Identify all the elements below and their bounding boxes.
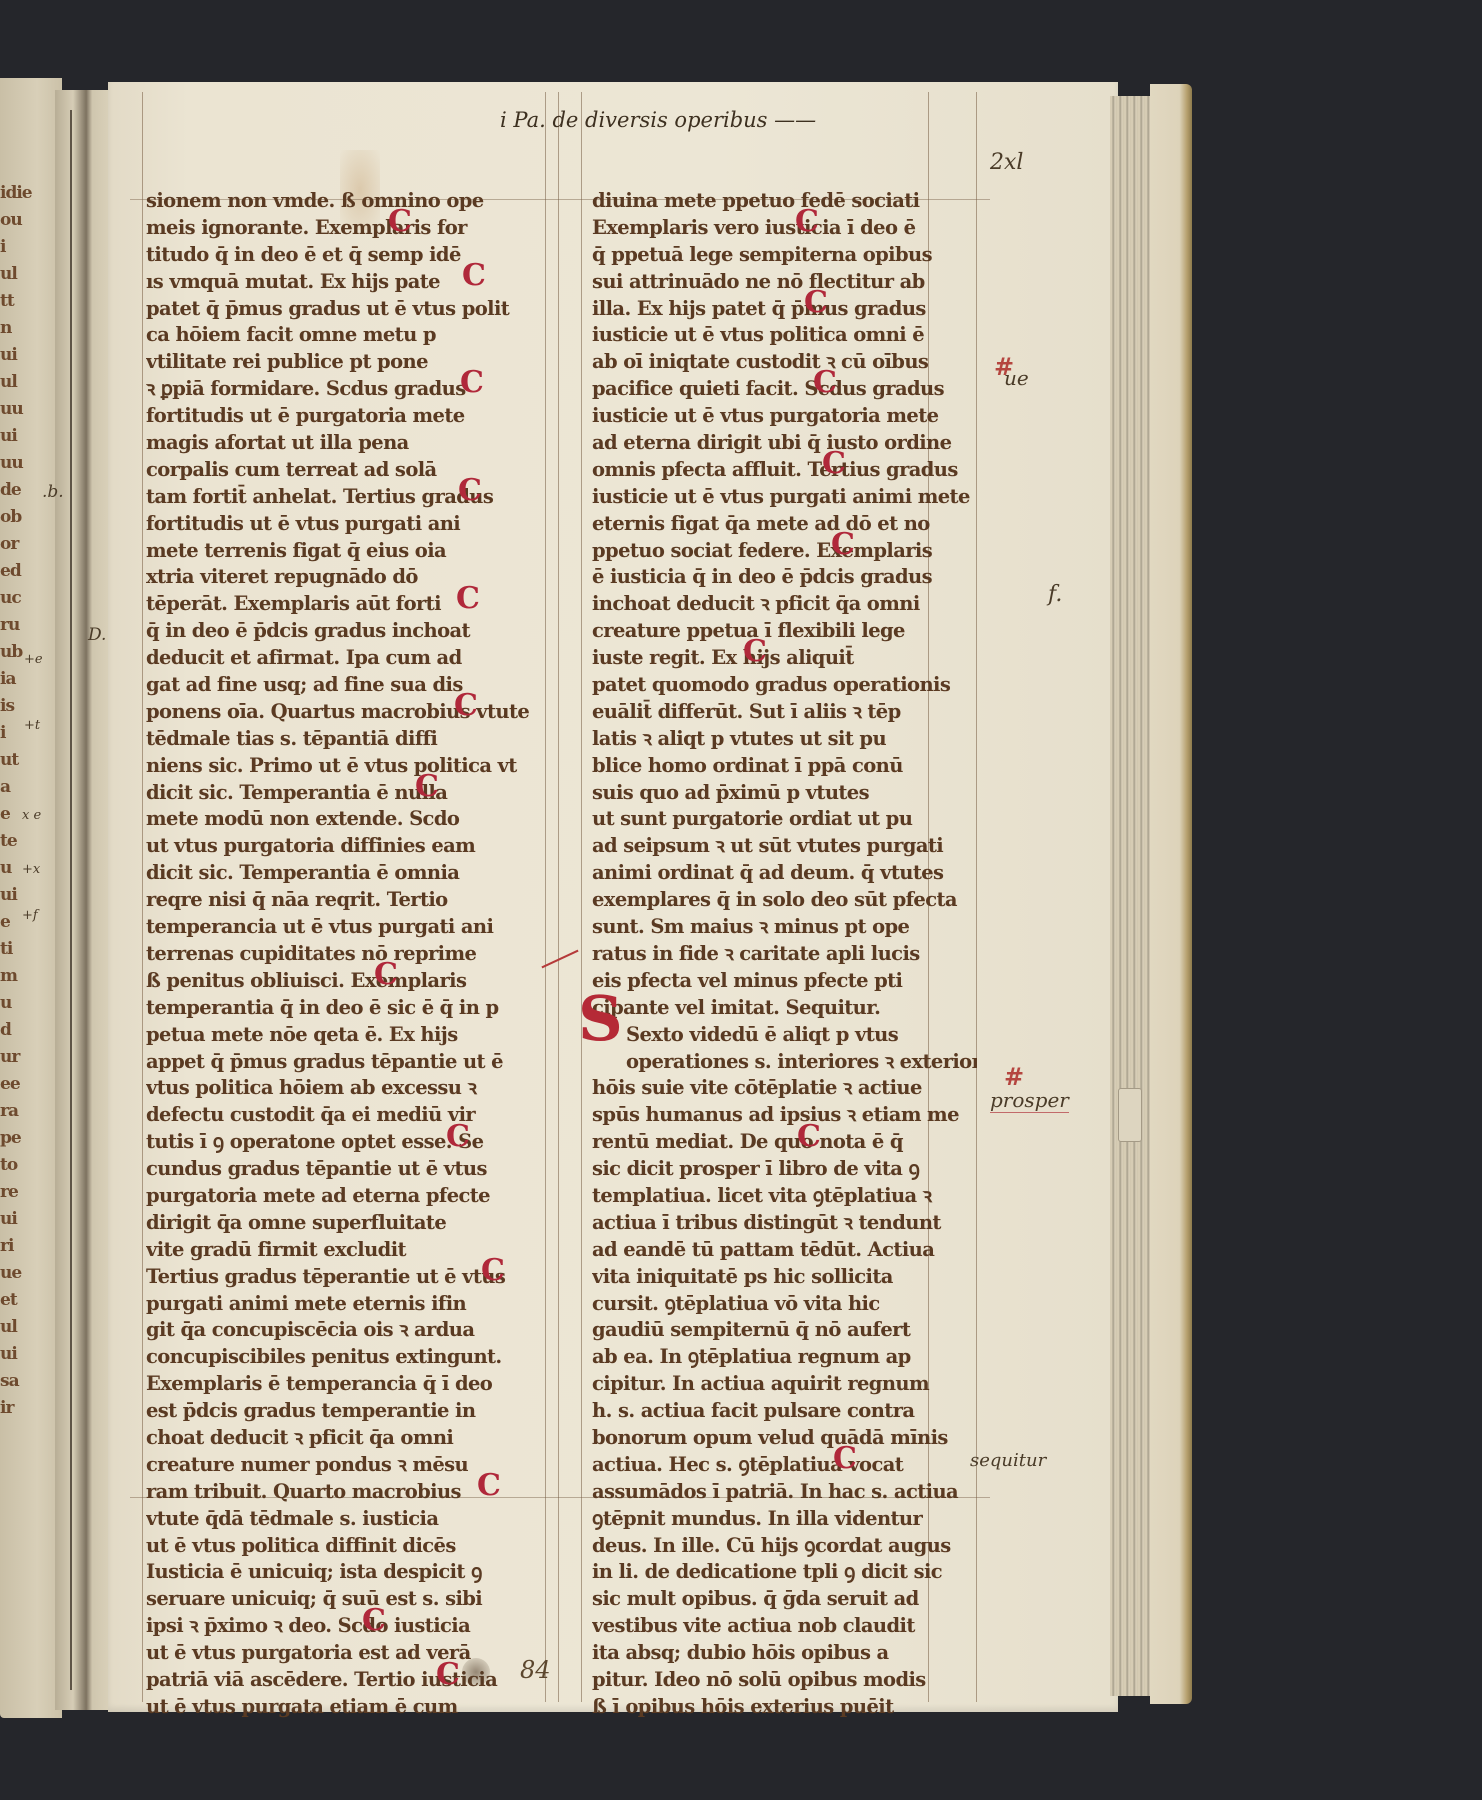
text-line: ab ea. In ꝯtēplatiua regnum ap xyxy=(592,1344,977,1371)
text-line: concupiscibiles penitus extingunt. xyxy=(146,1344,546,1371)
text-line: eis pfecta vel minus pfecte pti xyxy=(592,968,977,995)
text-line: tēdmale tias s. tēpantiā diffi xyxy=(146,726,546,753)
fragment-line: sa xyxy=(0,1368,38,1395)
fragment-line: ti xyxy=(0,936,38,963)
text-line: xtria viteret repugnādo dō xyxy=(146,564,546,591)
fragment-line: re xyxy=(0,1179,38,1206)
text-line: vtute q̄dā tēdmale s. iusticia xyxy=(146,1506,546,1533)
text-line: latis ꝛ aliqt p vtutes ut sit pu xyxy=(592,726,977,753)
ruling-line-intercol xyxy=(558,92,559,1702)
fragment-line: u xyxy=(0,990,38,1017)
rubric-paraph-mark: C xyxy=(446,1124,469,1151)
fragment-line: is xyxy=(0,693,38,720)
text-line: bonorum opum velud quādā mīnis xyxy=(592,1425,977,1452)
margin-note: sequitur xyxy=(970,1450,1046,1471)
red-cross-mark: # xyxy=(1004,1062,1024,1091)
fragment-line: d xyxy=(0,1017,38,1044)
text-line: niens sic. Primo ut ē vtus politica vt xyxy=(146,753,546,780)
text-line: gaudiū sempiternū q̄ nō aufert xyxy=(592,1317,977,1344)
fragment-line: ue xyxy=(0,1260,38,1287)
text-line: sic mult opibus. q̄ ḡda seruit ad xyxy=(592,1586,977,1613)
margin-mark: .b. xyxy=(42,482,64,502)
text-line: patet quomodo gradus operationis xyxy=(592,672,977,699)
text-column-left: sionem non vmde. ß omnino opemeis ignora… xyxy=(146,188,546,1721)
fragment-line: ee xyxy=(0,1071,38,1098)
rubric-paraph-mark: C xyxy=(795,209,818,236)
book-cover-edge xyxy=(1150,84,1192,1704)
gutter-shadow-line xyxy=(70,110,72,1690)
text-line: templatiua. licet vita ꝯtēplatiua ꝛ xyxy=(592,1183,977,1210)
text-line: omnis pfecta affluit. Tertius gradus xyxy=(592,457,977,484)
text-line: Iusticia ē unicuiq; ista despicit ꝯ xyxy=(146,1559,546,1586)
fragment-line: ui xyxy=(0,882,38,909)
rubric-paraph-mark: C xyxy=(460,370,483,397)
fragment-line: et xyxy=(0,1287,38,1314)
text-line: blice homo ordinat ī ppā conū xyxy=(592,753,977,780)
rubric-paraph-mark: C xyxy=(822,451,845,478)
text-line: ꝯtēpnit mundus. In illa videntur xyxy=(592,1506,977,1533)
text-line: git q̄a concupiscēcia ois ꝛ ardua xyxy=(146,1317,546,1344)
text-line: iuste regit. Ex hijs aliquit̄ xyxy=(592,645,977,672)
margin-note: f. xyxy=(1048,582,1062,607)
folio-number: 2xl xyxy=(990,150,1023,175)
fragment-line: ur xyxy=(0,1044,38,1071)
rubric-paraph-mark: C xyxy=(415,774,438,801)
facing-page-text: idieouiulttnuiuluuuiuudeoboreducruubiais… xyxy=(0,180,38,1480)
decorated-initial: S xyxy=(578,1006,622,1033)
fragment-line: uu xyxy=(0,396,38,423)
text-line: reqre nisi q̄ nāa reqrit. Tertio xyxy=(146,887,546,914)
text-line: gat ad fine usq; ad fine sua dis xyxy=(146,672,546,699)
fragment-line: tt xyxy=(0,288,38,315)
text-column-right: diuina mete ppetuo fedē sociatiExemplari… xyxy=(592,188,977,1721)
text-line: titudo q̄ in deo ē et q̄ semp idē xyxy=(146,242,546,269)
fragment-line: ul xyxy=(0,369,38,396)
text-line: temperancia ut ē vtus purgati ani xyxy=(146,914,546,941)
text-line: ut vtus purgatoria diffinies eam xyxy=(146,833,546,860)
text-line: cipante vel imitat. Sequitur. xyxy=(592,995,977,1022)
text-line: ꝛ ꝑpiā formidare. Scdus gradus xyxy=(146,376,546,403)
text-line: deus. In ille. Cū hijs ꝯcordat augus xyxy=(592,1533,977,1560)
fragment-line: ed xyxy=(0,558,38,585)
text-line: cursit. ꝯtēplatiua vō vita hic xyxy=(592,1291,977,1318)
text-line: operationes s. interiores ꝛ exterioris xyxy=(592,1049,977,1076)
text-line: sunt. Sm maius ꝛ minus pt ope xyxy=(592,914,977,941)
text-line: ut sunt purgatorie ordiat ut pu xyxy=(592,806,977,833)
fragment-line: ui xyxy=(0,423,38,450)
text-line: corpalis cum terreat ad solā xyxy=(146,457,546,484)
margin-note: ue xyxy=(1004,366,1029,390)
text-line: tutis ī ꝯ operatone optet esse. Se xyxy=(146,1129,546,1156)
text-line: ppetuo sociat federe. Exemplaris xyxy=(592,538,977,565)
text-line: deducit et afirmat. Ipa cum ad xyxy=(146,645,546,672)
text-line: ad eandē tū pattam tēdūt. Actiua xyxy=(592,1237,977,1264)
text-line: sic dicit prosper ī libro de vita ꝯ xyxy=(592,1156,977,1183)
text-line: iusticie ut ē vtus purgatoria mete xyxy=(592,403,977,430)
margin-mark: +f xyxy=(22,908,38,923)
rubric-paraph-mark: C xyxy=(362,1608,385,1635)
fragment-line: or xyxy=(0,531,38,558)
text-line: Sexto videdū ē aliqt p vtus xyxy=(592,1022,977,1049)
fragment-line: ut xyxy=(0,747,38,774)
rubric-paraph-mark: C xyxy=(436,1662,459,1689)
fragment-line: ia xyxy=(0,666,38,693)
rubric-paraph-mark: C xyxy=(388,209,411,236)
text-line: h. s. actiua facit pulsare contra xyxy=(592,1398,977,1425)
text-line: exemplares q̄ in solo deo sūt pfecta xyxy=(592,887,977,914)
text-line: vestibus vite actiua nob claudit xyxy=(592,1613,977,1640)
fragment-line: ul xyxy=(0,1314,38,1341)
text-line: q̄ in deo ē p̄dcis gradus inchoat xyxy=(146,618,546,645)
text-line: dicit sic. Temperantia ē omnia xyxy=(146,860,546,887)
text-line: ratus in fide ꝛ caritate apli lucis xyxy=(592,941,977,968)
text-line: seruare unicuiq; q̄ suū est s. sibi xyxy=(146,1586,546,1613)
text-line: cipitur. In actiua aquirit regnum xyxy=(592,1371,977,1398)
margin-note: prosper xyxy=(990,1088,1069,1113)
text-line: iusticie ut ē vtus politica omni ē xyxy=(592,322,977,349)
fragment-line: ra xyxy=(0,1098,38,1125)
text-line: ut ē vtus politica diffinit dicēs xyxy=(146,1533,546,1560)
margin-mark: +x xyxy=(22,862,40,877)
fragment-line: ui xyxy=(0,342,38,369)
folio-number-bottom: 84 xyxy=(520,1656,551,1684)
fragment-line: m xyxy=(0,963,38,990)
text-line: ponens oīa. Quartus macrobius vtute xyxy=(146,699,546,726)
fragment-line: a xyxy=(0,774,38,801)
text-line: animi ordinat q̄ ad deum. q̄ vtutes xyxy=(592,860,977,887)
text-line: actiua. Hec s. ꝯtēplatiua vocat xyxy=(592,1452,977,1479)
fragment-line: uc xyxy=(0,585,38,612)
page-tab xyxy=(1118,1088,1142,1142)
text-line: purgatoria mete ad eterna pfecte xyxy=(146,1183,546,1210)
fragment-line: ri xyxy=(0,1233,38,1260)
text-line: vita iniquitatē ps hic sollicita xyxy=(592,1264,977,1291)
text-line: mete terrenis figat q̄ eius oia xyxy=(146,538,546,565)
rubric-paraph-mark: C xyxy=(831,532,854,559)
text-line: fortitudis ut ē purgatoria mete xyxy=(146,403,546,430)
fragment-line: n xyxy=(0,315,38,342)
fragment-line: ru xyxy=(0,612,38,639)
text-line: ad seipsum ꝛ ut sūt vtutes purgati xyxy=(592,833,977,860)
fragment-line: ou xyxy=(0,207,38,234)
text-line: dirigit q̄a omne superfluitate xyxy=(146,1210,546,1237)
text-line: tam fortit̄ anhelat. Tertius gradus xyxy=(146,484,546,511)
text-line: ē iusticia q̄ in deo ē p̄dcis gradus xyxy=(592,564,977,591)
text-line: dicit sic. Temperantia ē nulla xyxy=(146,780,546,807)
text-line: iusticie ut ē vtus purgati animi mete xyxy=(592,484,977,511)
fragment-line: ob xyxy=(0,504,38,531)
fragment-line: ul xyxy=(0,261,38,288)
text-line: euālit̄ differūt. Sut ī aliis ꝛ tēp xyxy=(592,699,977,726)
rubric-paraph-mark: C xyxy=(456,586,479,613)
rubric-paraph-mark: C xyxy=(477,1473,500,1500)
text-line: ipsi ꝛ p̄ximo ꝛ deo. Scdo iusticia xyxy=(146,1613,546,1640)
text-line: sionem non vmde. ß omnino ope xyxy=(146,188,546,215)
text-line: defectu custodit q̄a ei mediū vir xyxy=(146,1102,546,1129)
fragment-line: pe xyxy=(0,1125,38,1152)
text-line: suis quo ad p̄ximū p vtutes xyxy=(592,780,977,807)
rubric-paraph-mark: C xyxy=(797,1124,820,1151)
margin-mark: x e xyxy=(22,808,41,823)
running-head: i Pa. de diversis operibus —— xyxy=(500,108,816,132)
text-line: Exemplaris vero iusticia ī deo ē xyxy=(592,215,977,242)
text-line: spūs humanus ad ipsius ꝛ etiam me xyxy=(592,1102,977,1129)
text-line: diuina mete ppetuo fedē sociati xyxy=(592,188,977,215)
rubric-paraph-mark: C xyxy=(481,1258,504,1285)
fragment-line: uu xyxy=(0,450,38,477)
ruling-line-col2-left xyxy=(581,92,582,1702)
text-line: inchoat deducit ꝛ pficit q̄a omni xyxy=(592,591,977,618)
text-line: terrenas cupiditates nō reprime xyxy=(146,941,546,968)
text-line: tēperāt. Exemplaris aūt forti xyxy=(146,591,546,618)
rubric-paraph-mark: C xyxy=(454,693,477,720)
text-line: in li. de dedicatione tpli ꝯ dicit sic xyxy=(592,1559,977,1586)
text-line: assumādos ī patriā. In hac s. actiua xyxy=(592,1479,977,1506)
fragment-line: te xyxy=(0,828,38,855)
text-line: ab oī iniqtate custodit ꝛ cū oībus xyxy=(592,349,977,376)
rubric-paraph-mark: C xyxy=(804,290,827,317)
text-line: ıs vmquā mutat. Ex hijs pate xyxy=(146,269,546,296)
fragment-line: de xyxy=(0,477,38,504)
text-line: rentū mediat. De quo nota ē q̄ xyxy=(592,1129,977,1156)
text-line: ita absq; dubio hōis opibus a xyxy=(592,1640,977,1667)
text-line: pitur. Ideo nō solū opibus modis xyxy=(592,1667,977,1694)
fragment-line: i xyxy=(0,234,38,261)
text-line: pacifice quieti facit. Scdus gradus xyxy=(592,376,977,403)
text-line: cundus gradus tēpantie ut ē vtus xyxy=(146,1156,546,1183)
text-line: ß penitus obliuisci. Exemplaris xyxy=(146,968,546,995)
text-line: sui attrinuādo ne nō flectitur ab xyxy=(592,269,977,296)
text-line: hōis suie vite cōtēplatie ꝛ actiue xyxy=(592,1075,977,1102)
text-line: q̄ ppetuā lege sempiterna opibus xyxy=(592,242,977,269)
text-line: appet q̄ p̄mus gradus tēpantie ut ē xyxy=(146,1049,546,1076)
fragment-line: ui xyxy=(0,1206,38,1233)
text-line: ut ē vtus purgata etiam ē cum xyxy=(146,1694,546,1721)
text-line: ca hōiem facit omne metu p xyxy=(146,322,546,349)
fragment-line: idie xyxy=(0,180,38,207)
rubric-paraph-mark: C xyxy=(813,370,836,397)
book-gutter xyxy=(55,90,115,1710)
text-line: est p̄dcis gradus temperantie in xyxy=(146,1398,546,1425)
rubric-paraph-mark: C xyxy=(458,478,481,505)
text-line: vtus politica hōiem ab excessu ꝛ xyxy=(146,1075,546,1102)
text-line: temperantia q̄ in deo ē sic ē q̄ in p xyxy=(146,995,546,1022)
text-line: ad eterna dirigit ubi q̄ iusto ordine xyxy=(592,430,977,457)
text-line: petua mete nōe qeta ē. Ex hijs xyxy=(146,1022,546,1049)
ink-blot xyxy=(462,1658,490,1686)
fragment-line: to xyxy=(0,1152,38,1179)
rubric-paraph-mark: C xyxy=(833,1446,856,1473)
text-line: choat deducit ꝛ pficit q̄a omni xyxy=(146,1425,546,1452)
text-line: Exemplaris ē temperancia q̄ ī deo xyxy=(146,1371,546,1398)
text-line: actiua ī tribus distingūt ꝛ tendunt xyxy=(592,1210,977,1237)
rubric-paraph-mark: C xyxy=(374,962,397,989)
text-line: eternis figat q̄a mete ad dō et no xyxy=(592,511,977,538)
text-line: fortitudis ut ē vtus purgati ani xyxy=(146,511,546,538)
text-line: magis afortat ut illa pena xyxy=(146,430,546,457)
fragment-line: ui xyxy=(0,1341,38,1368)
text-line: vtilitate rei publice pt pone xyxy=(146,349,546,376)
text-line: ß ī opibus hōis exterius puēit xyxy=(592,1694,977,1721)
text-line: mete modū non extende. Scdo xyxy=(146,806,546,833)
margin-mark: +e xyxy=(24,652,43,667)
rubric-paraph-mark: C xyxy=(743,639,766,666)
fragment-line: ir xyxy=(0,1395,38,1422)
text-line: patet q̄ p̄mus gradus ut ē vtus polit xyxy=(146,296,546,323)
text-line: meis ignorante. Exemplaris for xyxy=(146,215,546,242)
text-line: creature ppetua ī flexibili lege xyxy=(592,618,977,645)
rubric-paraph-mark: C xyxy=(462,263,485,290)
text-line: purgati animi mete eternis ifin xyxy=(146,1291,546,1318)
margin-mark: D. xyxy=(88,625,106,645)
ruling-line-left xyxy=(142,92,143,1702)
margin-mark: +t xyxy=(24,718,40,733)
text-line: illa. Ex hijs patet q̄ p̄mus gradus xyxy=(592,296,977,323)
